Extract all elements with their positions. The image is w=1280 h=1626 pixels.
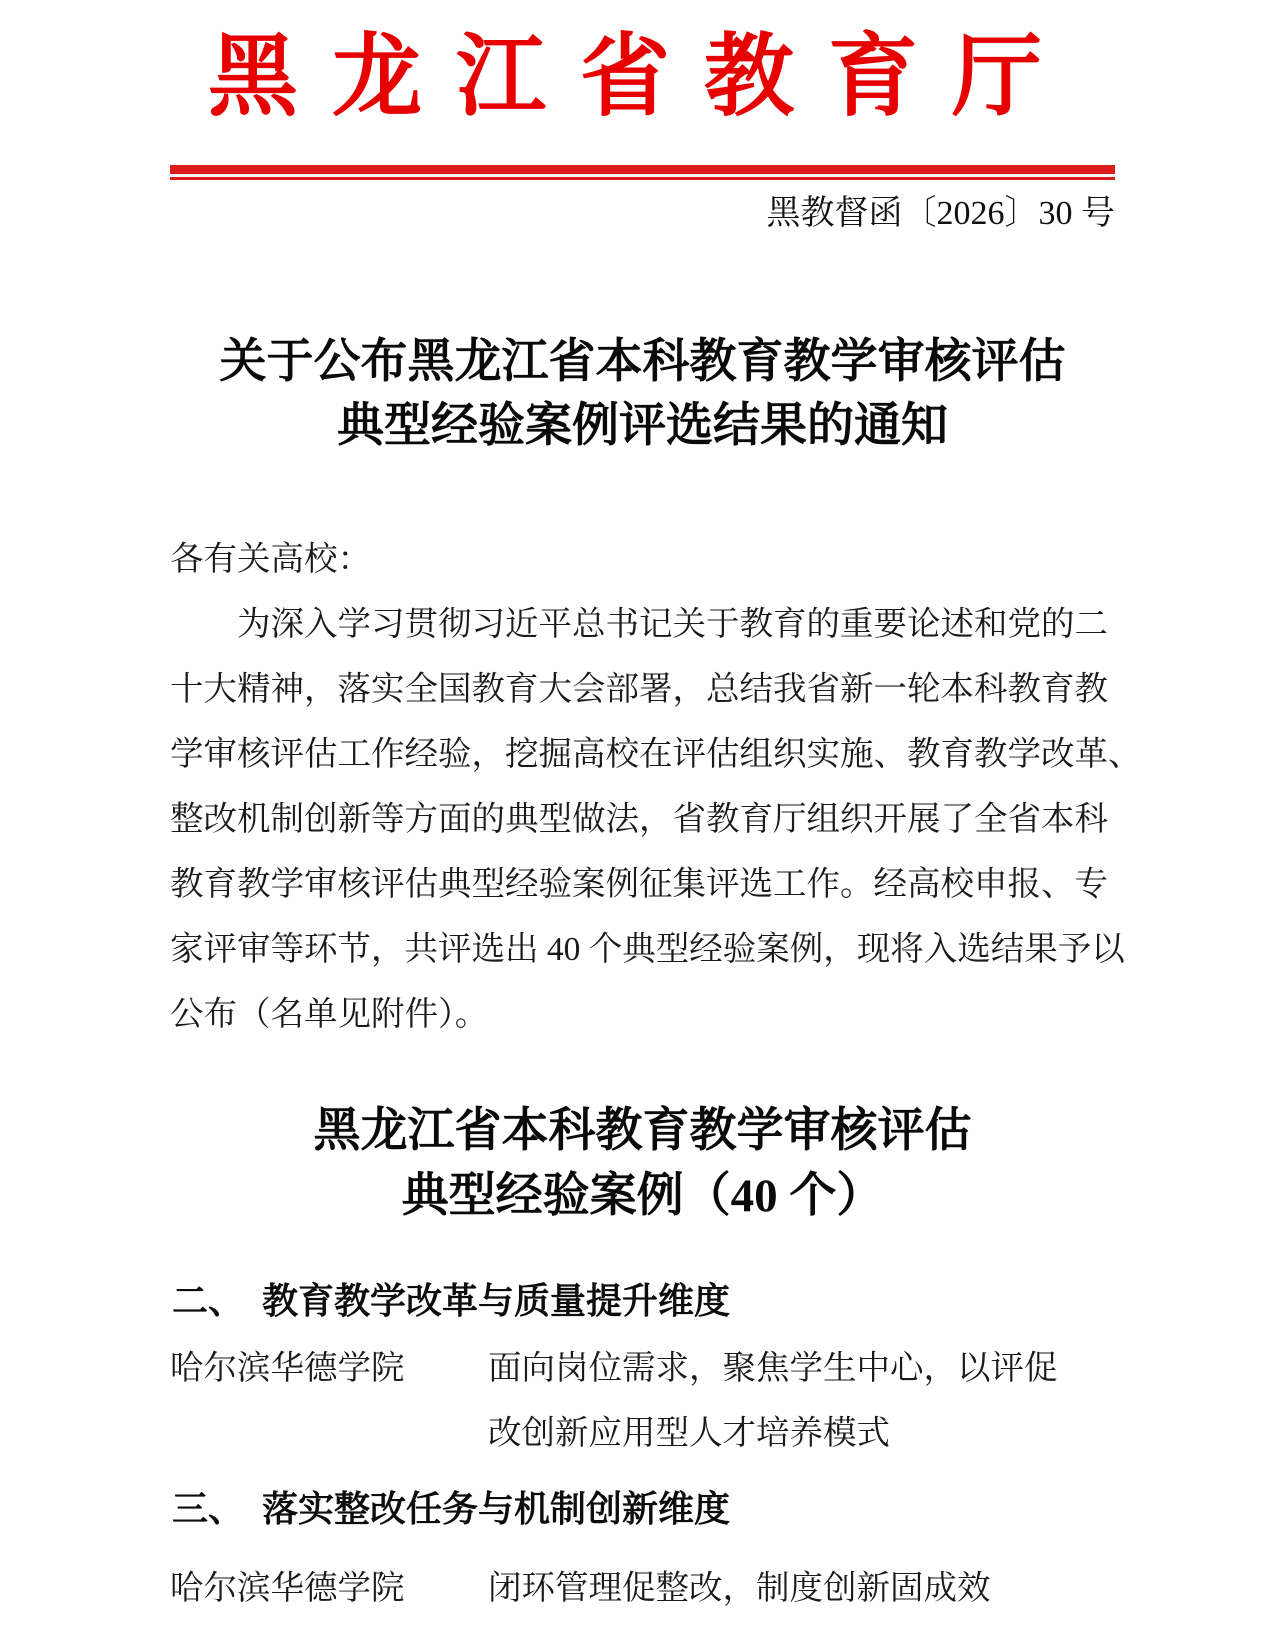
annex-title: 黑龙江省本科教育教学审核评估 典型经验案例（40 个） (170, 1099, 1115, 1229)
annex-title-line1: 黑龙江省本科教育教学审核评估 (170, 1099, 1115, 1164)
paragraph-line: 为深入学习贯彻习近平总书记关于教育的重要论述和党的二 (170, 592, 1115, 657)
case-description: 闭环管理促整改，制度创新固成效 (488, 1556, 1170, 1621)
paragraph-line: 家评审等环节，共评选出 40 个典型经验案例，现将入选结果予以 (170, 917, 1115, 982)
case-description-line1: 闭环管理促整改，制度创新固成效 (488, 1556, 1170, 1621)
document-title-line1: 关于公布黑龙江省本科教育教学审核评估 (170, 330, 1115, 394)
salutation: 各有关高校： (170, 527, 1115, 592)
school-name: 哈尔滨华德学院 (170, 1556, 488, 1621)
case-description: 面向岗位需求，聚焦学生中心，以评促 改创新应用型人才培养模式 (488, 1336, 1170, 1466)
paragraph-line: 教育教学审核评估典型经验案例征集评选工作。经高校申报、专 (170, 852, 1115, 917)
document-body: 各有关高校： 为深入学习贯彻习近平总书记关于教育的重要论述和党的二 十大精神，落… (170, 527, 1115, 1047)
document-number: 黑教督函〔2026〕30 号 (170, 194, 1115, 234)
section-heading-2: 二、 教育教学改革与质量提升维度 (172, 1268, 1115, 1333)
school-name: 哈尔滨华德学院 (170, 1336, 488, 1401)
annex-title-line2: 典型经验案例（40 个） (170, 1164, 1115, 1229)
document-title: 关于公布黑龙江省本科教育教学审核评估 典型经验案例评选结果的通知 (170, 330, 1115, 458)
case-description-line1: 面向岗位需求，聚焦学生中心，以评促 (488, 1336, 1170, 1401)
paragraph-line: 公布（名单见附件）。 (170, 982, 1115, 1047)
case-description-line2: 改创新应用型人才培养模式 (488, 1401, 1170, 1466)
document-title-line2: 典型经验案例评选结果的通知 (170, 394, 1115, 458)
divider-thin-line (170, 177, 1115, 180)
divider-thick-line (170, 165, 1115, 174)
letterhead-divider (170, 165, 1115, 180)
section-heading-3: 三、 落实整改任务与机制创新维度 (172, 1476, 1115, 1541)
letterhead-agency-name: 黑龙江省教育厅 (168, 22, 1116, 135)
paragraph-line: 学审核评估工作经验，挖掘高校在评估组织实施、教育教学改革、 (170, 722, 1115, 787)
case-entry: 哈尔滨华德学院 面向岗位需求，聚焦学生中心，以评促 改创新应用型人才培养模式 (170, 1336, 1170, 1466)
document-page: 黑龙江省教育厅 黑教督函〔2026〕30 号 关于公布黑龙江省本科教育教学审核评… (0, 0, 1280, 1626)
paragraph-line: 整改机制创新等方面的典型做法，省教育厅组织开展了全省本科 (170, 787, 1115, 852)
case-entry: 哈尔滨华德学院 闭环管理促整改，制度创新固成效 (170, 1556, 1170, 1621)
paragraph-line: 十大精神，落实全国教育大会部署，总结我省新一轮本科教育教 (170, 657, 1115, 722)
